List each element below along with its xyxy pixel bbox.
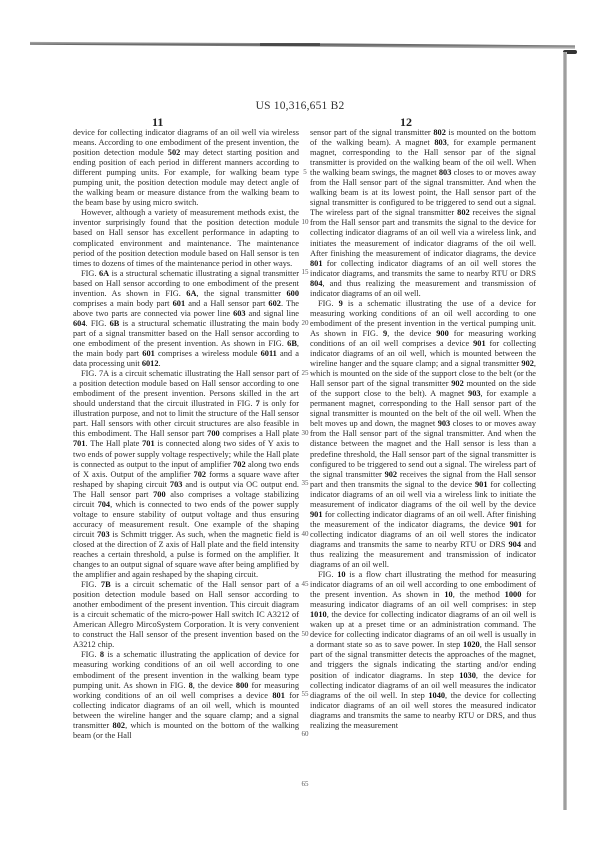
paragraph: sensor part of the signal transmitter 80…: [310, 128, 536, 299]
scan-page-edge-right: [563, 52, 567, 810]
right-text-column: sensor part of the signal transmitter 80…: [310, 128, 536, 731]
line-number: 40: [300, 530, 310, 538]
paragraph: FIG. 8 is a schematic illustrating the a…: [73, 650, 299, 740]
line-number: 20: [300, 319, 310, 327]
line-number: 5: [300, 168, 310, 176]
paragraph: device for collecting indicator diagrams…: [73, 128, 299, 208]
paragraph: FIG. 9 is a schematic illustrating the u…: [310, 299, 536, 570]
line-number: 65: [300, 780, 310, 788]
paragraph: FIG. 7A is a circuit schematic illustrat…: [73, 369, 299, 580]
line-number: 30: [300, 429, 310, 437]
paragraph: However, although a variety of measureme…: [73, 208, 299, 268]
line-number: 50: [300, 630, 310, 638]
line-number: 55: [300, 690, 310, 698]
line-number: 25: [300, 369, 310, 377]
left-text-column: device for collecting indicator diagrams…: [73, 128, 299, 741]
line-number: 45: [300, 580, 310, 588]
paragraph: FIG. 7B is a circuit schematic of the Ha…: [73, 580, 299, 650]
line-number: 60: [300, 730, 310, 738]
patent-number: US 10,316,651 B2: [0, 100, 600, 112]
paragraph: FIG. 6A is a structural schematic illust…: [73, 269, 299, 369]
paragraph: FIG. 10 is a flow chart illustrating the…: [310, 570, 536, 731]
line-number: 10: [300, 218, 310, 226]
line-number: 35: [300, 479, 310, 487]
scan-page-edge-shadow: [260, 43, 320, 46]
line-number: 15: [300, 268, 310, 276]
